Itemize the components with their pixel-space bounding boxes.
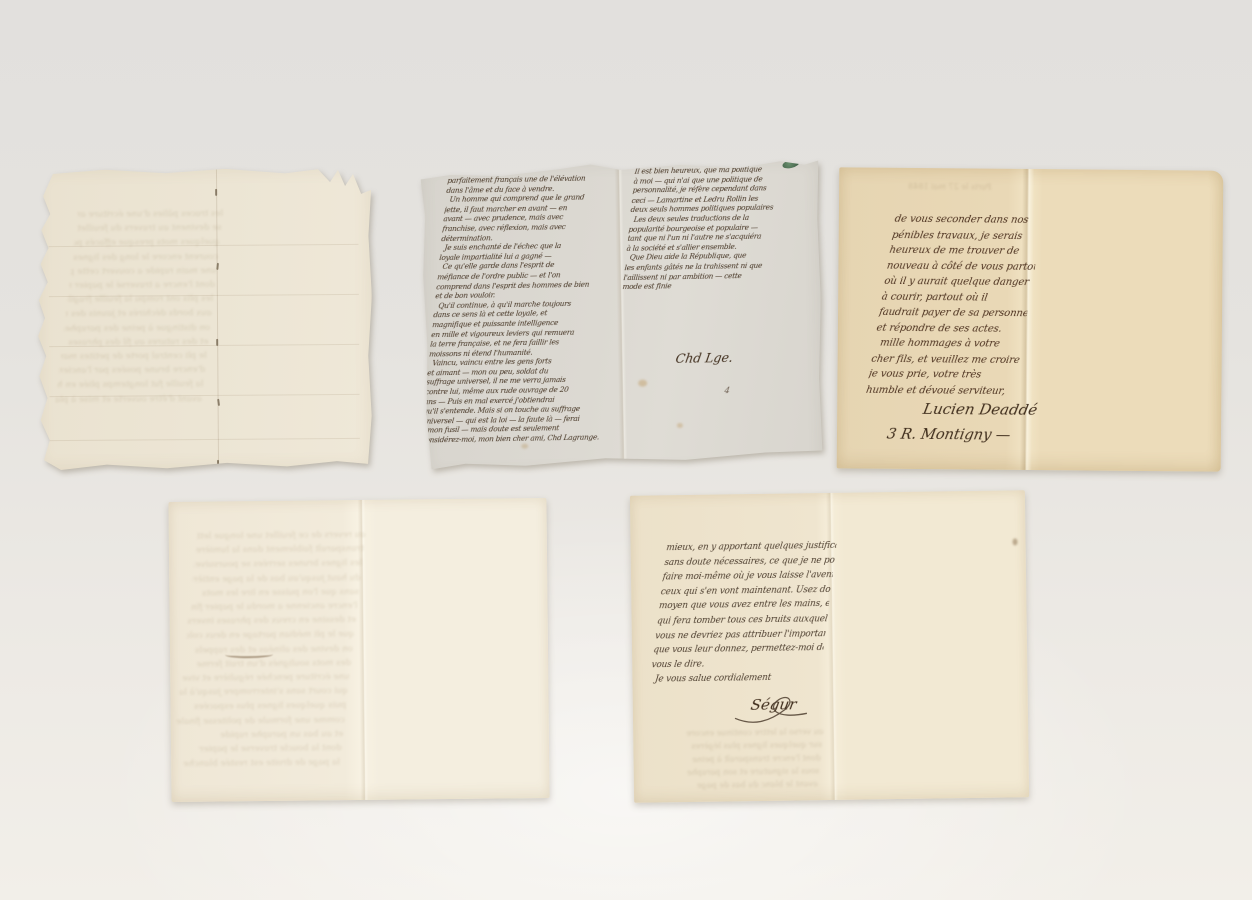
signature-chd-lge: Chd Lge. <box>675 350 735 366</box>
blank-bifolium: au revers de ce feuillet une longue lett… <box>168 498 549 802</box>
montigny-letter: Paris le 27 mai 1848 de vous seconder da… <box>837 167 1224 471</box>
torn-sheet-wrapper: les traces pâlies d'une écriture ancienn… <box>36 167 372 470</box>
ghost-dateline: Paris le 27 mai 1848 <box>860 180 992 197</box>
lagrange-letter-wrapper: parfaitement français une de l'élévation… <box>423 162 821 472</box>
ink-fleck <box>1013 538 1018 545</box>
fold-ink-mark <box>217 399 220 406</box>
fold-ink-mark <box>216 339 218 346</box>
torn-sheet: les traces pâlies d'une écriture ancienn… <box>35 166 373 471</box>
letter-body-text: de vous seconder dans nospénibles travau… <box>864 212 1044 403</box>
fold-ink-mark <box>216 263 219 270</box>
signature-address: 3 R. Montigny — <box>886 427 1012 444</box>
segur-letter: mieux, en y apportant quelques justifica… <box>630 490 1029 802</box>
left-page-text: parfaitement français une de l'élévation… <box>418 173 636 461</box>
foxing-spot <box>677 423 683 428</box>
foxing-spot <box>638 380 647 387</box>
lagrange-letter: parfaitement français une de l'élévation… <box>420 159 823 476</box>
photograph-of-letters: les traces pâlies d'une écriture ancienn… <box>0 0 1252 900</box>
show-through-writing: au verso la lettre continue encoresur qu… <box>645 725 824 796</box>
signature-flourish <box>729 691 821 726</box>
postmark-numeral: 4 <box>724 386 731 396</box>
fold-ink-mark <box>215 189 217 196</box>
letter-body-text: mieux, en y apportant quelques justifica… <box>648 539 837 694</box>
signature-name: Lucien Deaddé <box>922 400 1039 419</box>
show-through-writing: les traces pâlies d'une écriture ancienn… <box>50 207 224 448</box>
right-page-text: Il est bien heureux, que ma politiqueà m… <box>617 163 826 343</box>
fold-ink-mark <box>217 460 219 467</box>
